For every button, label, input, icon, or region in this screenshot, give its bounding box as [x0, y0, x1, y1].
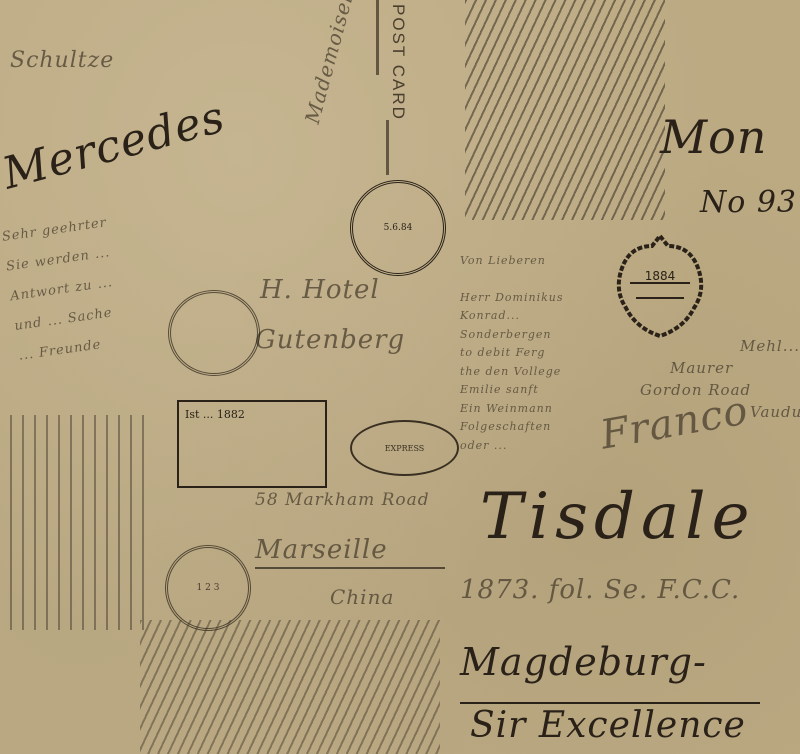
postmark-text: Ist ... 1882 [185, 408, 245, 421]
crest-icon: 1884 [610, 228, 710, 348]
letter-line: Emilie sanft [460, 381, 564, 400]
signature-china: China [330, 585, 394, 609]
letter-line: Sonderbergen [460, 326, 564, 345]
signature-lower-right: Sir Excellence [470, 705, 746, 746]
postcard-label: POST CARD [388, 4, 408, 121]
postcard-edge [386, 120, 389, 175]
address-markham-road: 58 Markham Road [255, 490, 430, 510]
signature-left-top: Schultze [10, 48, 114, 73]
letter-line: Gordon Road [640, 379, 800, 401]
letter-line: Vaudun [640, 401, 800, 423]
letter-line: Folgeschaften [460, 418, 564, 437]
signature-marseille: Marseille [255, 535, 388, 565]
postcard-edge [376, 0, 379, 75]
center-letter: Von Lieberen Herr Dominikus Konrad... So… [460, 252, 564, 455]
postmark-oval: EXPRESS [350, 420, 459, 476]
letter-line: Herr Dominikus [460, 289, 564, 308]
date-line: 1873. fol. Se. F.C.C. [460, 575, 740, 605]
signature-number: No 93 [700, 185, 797, 220]
letter-line: to debit Ferg [460, 344, 564, 363]
signature-magdeburg: Magdeburg- [460, 640, 707, 684]
postmark-circle: 1 2 3 [165, 545, 251, 631]
signature-tisdale: Tisdale [480, 480, 755, 554]
postmark-rectangle: Ist ... 1882 [177, 400, 327, 488]
letter-line: Ein Weinmann [460, 400, 564, 419]
letter-line: the den Vollege [460, 363, 564, 382]
signature-m: Mon [660, 110, 767, 164]
signature-gutenberg: Gutenberg [255, 325, 405, 355]
postmark-text: EXPRESS [385, 444, 425, 453]
signature-hotel: H. Hotel [260, 275, 380, 305]
letter-line: oder ... [460, 437, 564, 456]
crest-stamp: 1884 [610, 228, 710, 348]
left-letter: Sehr geehrter Sie werden ... Antwort zu … [0, 208, 126, 371]
underline [255, 567, 445, 569]
vertical-script-columns [10, 415, 150, 630]
letter-line: Maurer [640, 357, 800, 379]
postmark-circle: 5.6.84 [350, 180, 446, 276]
right-letter: Mehl... Maurer Gordon Road Vaudun [640, 335, 800, 423]
postmark-date: 5.6.84 [384, 223, 413, 233]
svg-text:1884: 1884 [645, 269, 676, 283]
underline [460, 702, 760, 704]
hatched-script-block [465, 0, 665, 220]
postmark-circle [168, 290, 260, 376]
letter-line: Konrad... [460, 307, 564, 326]
postmark-date: 1 2 3 [197, 583, 220, 593]
lower-hatched-script [140, 620, 440, 754]
letter-line: Von Lieberen [460, 252, 564, 271]
